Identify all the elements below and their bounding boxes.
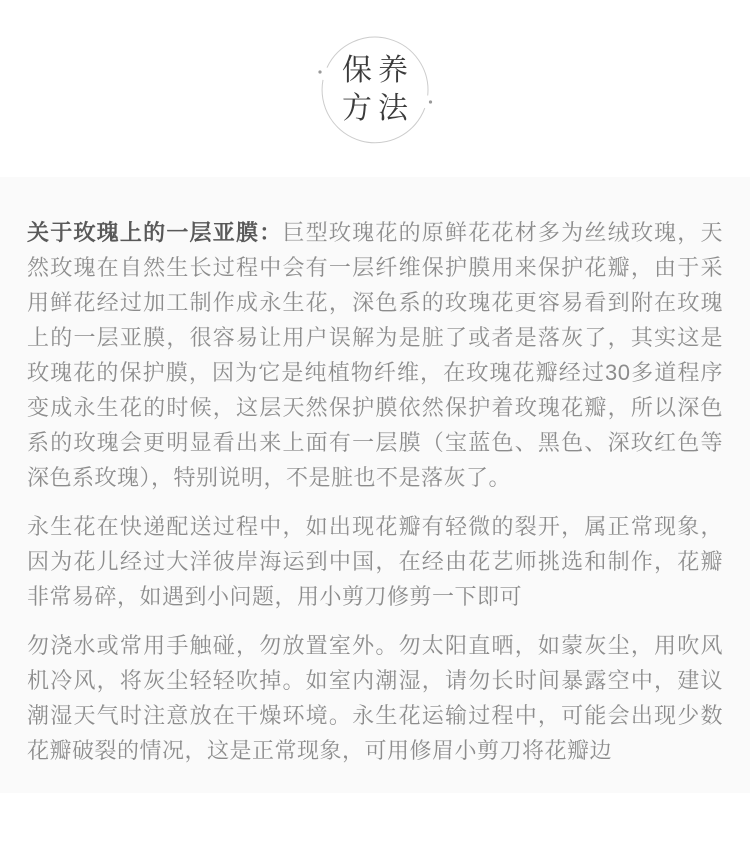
care-paragraph-film: 关于玫瑰上的一层亚膜：巨型玫瑰花的原鲜花花材多为丝绒玫瑰，天然玫瑰在自然生长过程… xyxy=(27,215,723,495)
paragraph-body-text: 巨型玫瑰花的原鲜花花材多为丝绒玫瑰，天然玫瑰在自然生长过程中会有一层纤维保护膜用… xyxy=(27,220,723,490)
care-notes-panel: 关于玫瑰上的一层亚膜：巨型玫瑰花的原鲜花花材多为丝绒玫瑰，天然玫瑰在自然生长过程… xyxy=(0,177,750,793)
bottom-whitespace xyxy=(0,793,750,846)
badge-title-line1: 保养 xyxy=(342,52,414,90)
badge-title-line2: 方法 xyxy=(342,90,414,128)
badge-title: 保养 方法 xyxy=(317,32,433,148)
care-paragraph-maintenance: 勿浇水或常用手触碰，勿放置室外。勿太阳直晒，如蒙灰尘，用吹风机冷风，将灰尘轻轻吹… xyxy=(27,628,723,768)
care-paragraph-shipping: 永生花在快递配送过程中，如出现花瓣有轻微的裂开，属正常现象，因为花儿经过大洋彼岸… xyxy=(27,509,723,614)
care-method-badge: 保养 方法 xyxy=(317,32,433,148)
paragraph-lead-heading: 关于玫瑰上的一层亚膜： xyxy=(27,220,282,245)
